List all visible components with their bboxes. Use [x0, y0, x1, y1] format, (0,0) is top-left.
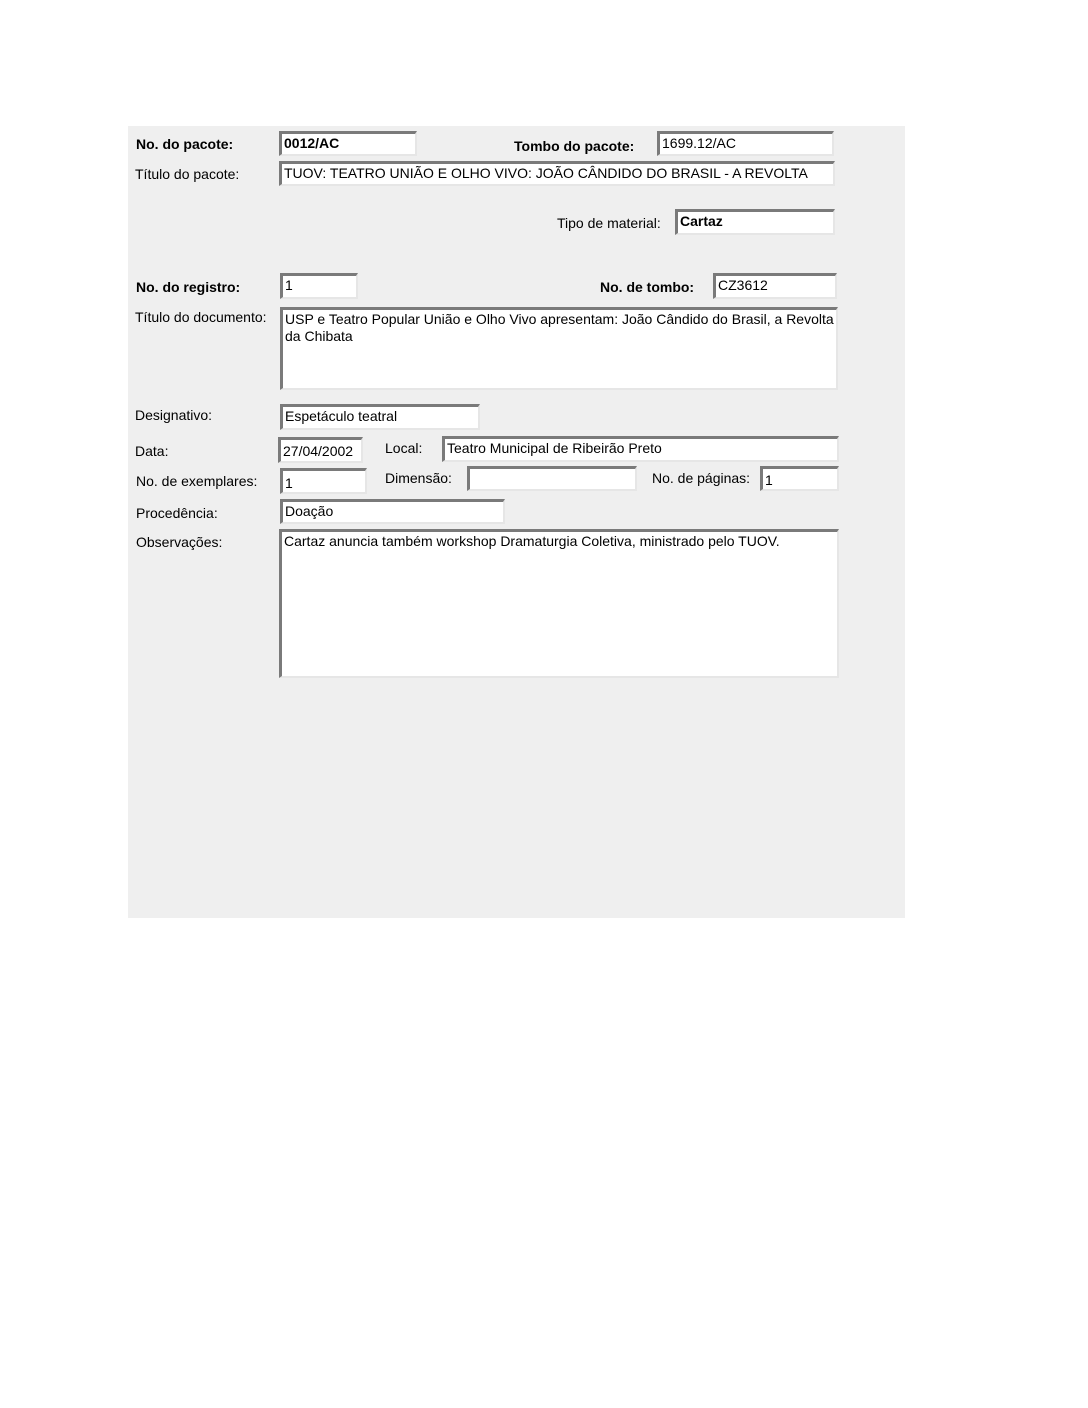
notes-field[interactable]: Cartaz anuncia também workshop Dramaturg… — [279, 529, 839, 678]
package-number-label: No. do pacote: — [136, 136, 233, 152]
record-number-label: No. do registro: — [136, 279, 240, 295]
package-tombo-field[interactable]: 1699.12/AC — [657, 131, 834, 156]
origin-label: Procedência: — [136, 505, 218, 521]
tombo-number-field[interactable]: CZ3612 — [713, 273, 837, 299]
package-title-field[interactable]: TUOV: TEATRO UNIÃO E OLHO VIVO: JOÃO CÂN… — [279, 161, 835, 186]
record-form-panel — [128, 126, 905, 918]
material-type-field[interactable]: Cartaz — [675, 209, 835, 235]
document-title-label: Título do documento: — [135, 309, 267, 325]
designativo-label: Designativo: — [135, 407, 212, 423]
copies-field[interactable]: 1 — [280, 468, 367, 494]
date-label: Data: — [135, 443, 168, 459]
local-field[interactable]: Teatro Municipal de Ribeirão Preto — [442, 436, 839, 462]
tombo-number-label: No. de tombo: — [600, 279, 694, 295]
origin-field[interactable]: Doação — [280, 499, 505, 524]
date-field[interactable]: 27/04/2002 — [278, 437, 363, 463]
record-number-field[interactable]: 1 — [280, 273, 358, 299]
notes-label: Observações: — [136, 534, 222, 550]
designativo-field[interactable]: Espetáculo teatral — [280, 404, 480, 430]
package-tombo-label: Tombo do pacote: — [514, 138, 634, 154]
package-title-label: Título do pacote: — [135, 166, 239, 182]
material-type-label: Tipo de material: — [557, 215, 661, 231]
local-label: Local: — [385, 440, 422, 456]
document-title-field[interactable]: USP e Teatro Popular União e Olho Vivo a… — [280, 307, 838, 390]
dimension-label: Dimensão: — [385, 470, 452, 486]
package-number-field[interactable]: 0012/AC — [279, 131, 417, 156]
pages-field[interactable]: 1 — [760, 466, 839, 491]
pages-label: No. de páginas: — [652, 470, 750, 486]
dimension-field[interactable] — [467, 466, 637, 491]
copies-label: No. de exemplares: — [136, 473, 257, 489]
